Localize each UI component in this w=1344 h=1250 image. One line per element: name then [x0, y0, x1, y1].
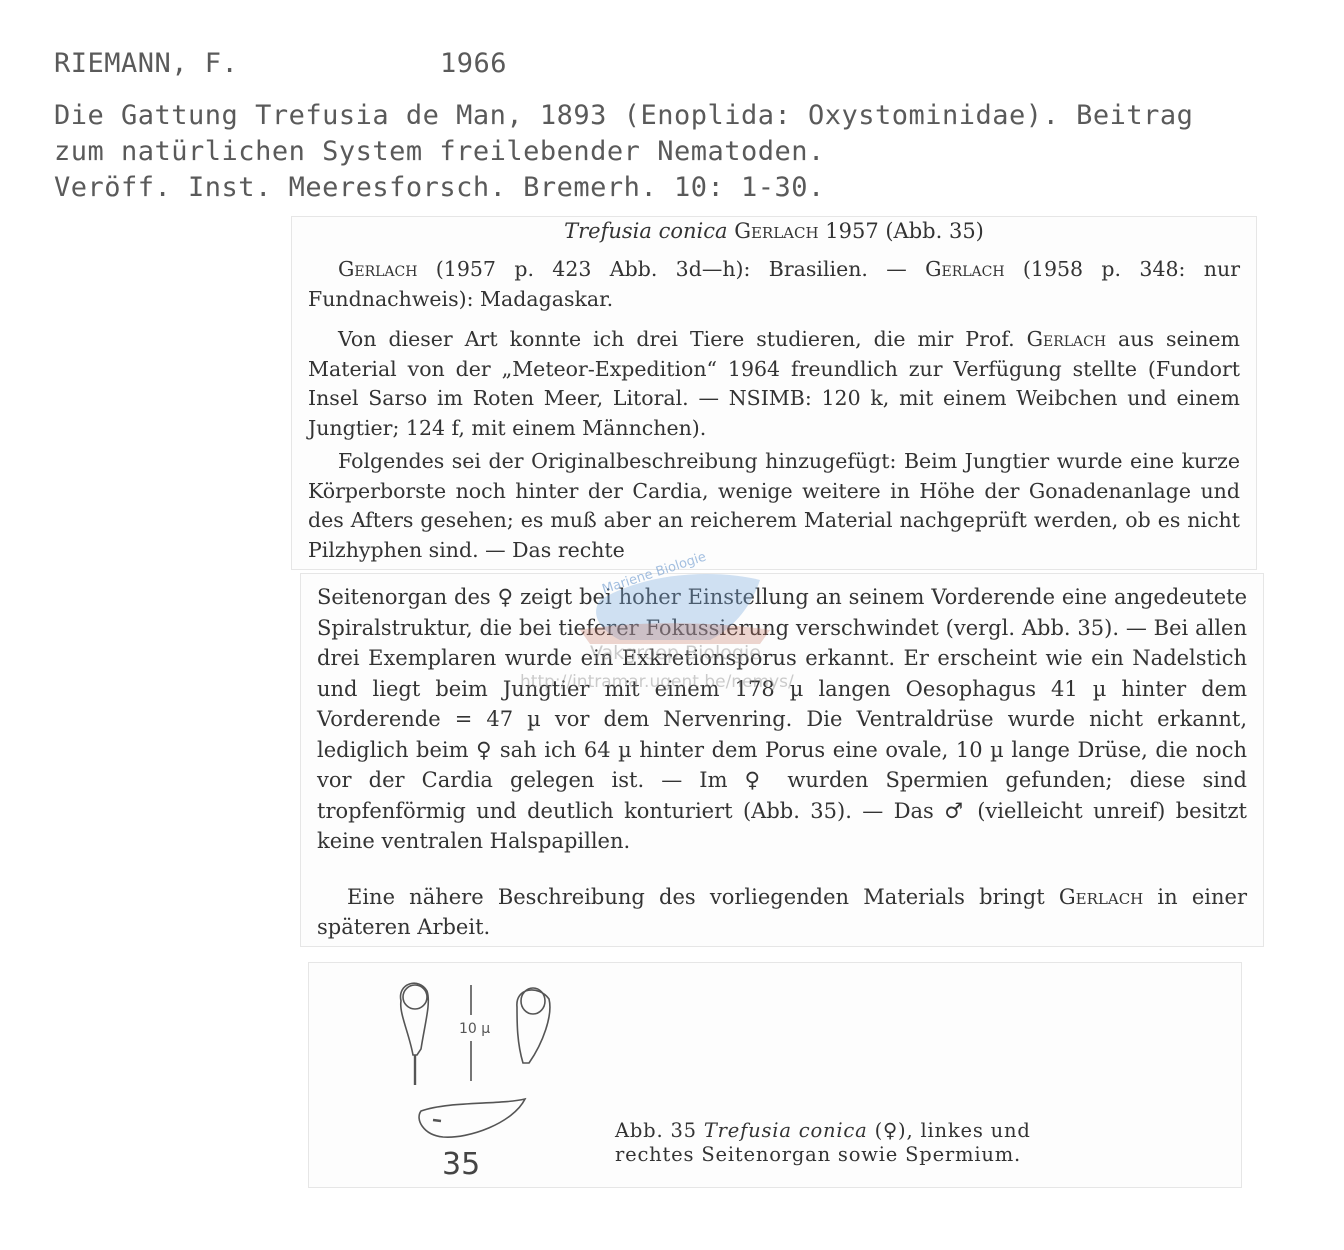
figure-number: 35	[442, 1147, 480, 1182]
description-continued-paragraph: Seitenorgan des ♀ zeigt bei hoher Einste…	[317, 582, 1247, 857]
species-name: Trefusia conica	[564, 219, 727, 243]
material-paragraph: Von dieser Art konnte ich drei Tiere stu…	[308, 325, 1240, 443]
scale-label: 10 µ	[459, 1021, 490, 1037]
paragraph-text: Eine nähere Beschreibung des vorliegende…	[347, 885, 1059, 909]
figure-clipping: 10 µ 35 Abb. 35 Trefusia conica (♀), lin…	[308, 962, 1242, 1188]
card-year: 1966	[440, 48, 507, 79]
text-clipping-2: Seitenorgan des ♀ zeigt bei hoher Einste…	[300, 573, 1264, 947]
synonymy-paragraph: Gerlach (1957 p. 423 Abb. 3d—h): Brasili…	[308, 255, 1240, 314]
species-year-ref: 1957 (Abb. 35)	[825, 219, 984, 243]
card-citation: Veröff. Inst. Meeresforsch. Bremerh. 10:…	[54, 172, 825, 203]
card-title-line-1: Die Gattung Trefusia de Man, 1893 (Enopl…	[54, 100, 1193, 131]
text-clipping-1: Trefusia conica Gerlach 1957 (Abb. 35) G…	[291, 216, 1257, 570]
paragraph-text: Von dieser Art konnte ich drei Tiere stu…	[338, 327, 1027, 351]
card-title-line-2: zum natürlichen System freilebender Nema…	[54, 136, 825, 167]
figure-drawing: 10 µ	[379, 963, 639, 1187]
spermium-drawing	[419, 1099, 525, 1137]
caption-prefix: Abb. 35	[615, 1119, 704, 1142]
figure-caption: Abb. 35 Trefusia conica (♀), linkes und …	[615, 1119, 1085, 1167]
species-author: Gerlach	[734, 219, 818, 243]
author-name: Gerlach	[1059, 885, 1143, 909]
card-author: RIEMANN, F.	[54, 48, 238, 79]
left-lateral-organ-drawing	[401, 983, 429, 1085]
closing-paragraph: Eine nähere Beschreibung des vorliegende…	[317, 882, 1247, 942]
caption-species: Trefusia conica	[704, 1119, 868, 1142]
synonymy-author: Gerlach	[925, 257, 1004, 281]
description-paragraph: Folgendes sei der Originalbeschreibung h…	[308, 447, 1240, 565]
synonymy-text: (1957 p. 423 Abb. 3d—h): Brasilien. —	[417, 257, 925, 281]
synonymy-author: Gerlach	[338, 257, 417, 281]
species-heading: Trefusia conica Gerlach 1957 (Abb. 35)	[292, 219, 1256, 243]
right-lateral-organ-drawing	[517, 988, 550, 1063]
author-name: Gerlach	[1027, 327, 1106, 351]
